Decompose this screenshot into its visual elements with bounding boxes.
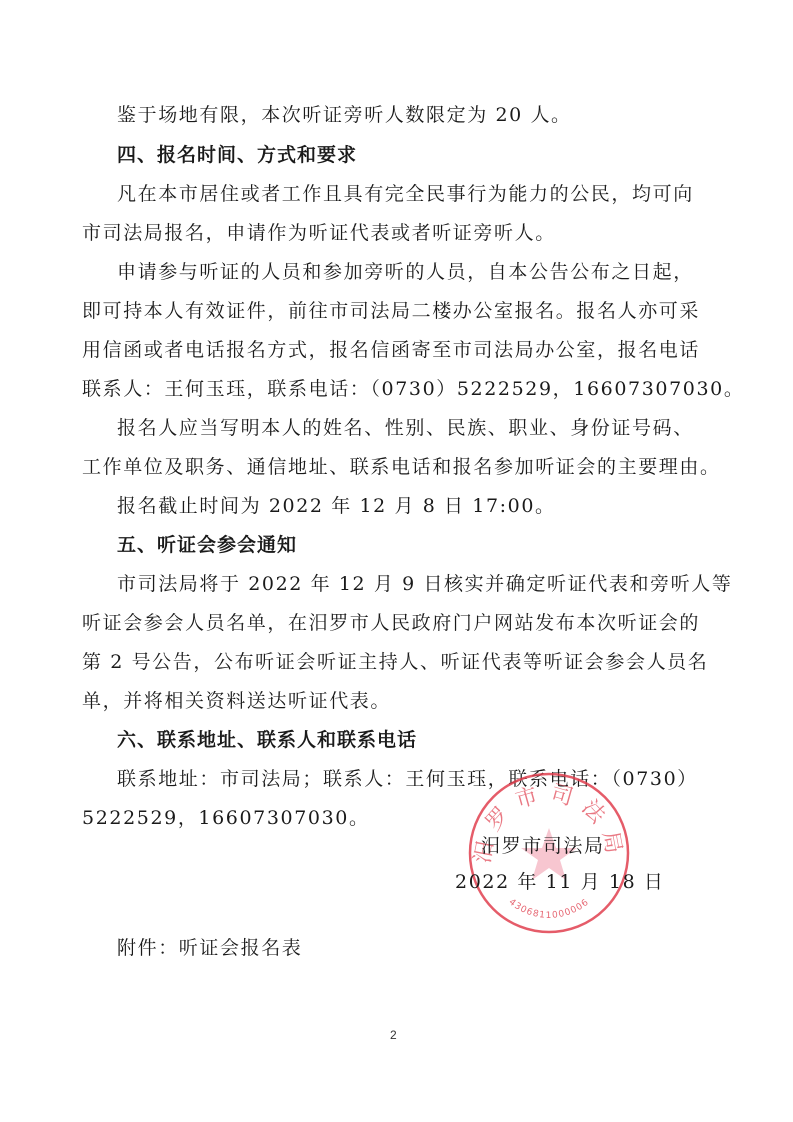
signature-organization: 汨罗市司法局 bbox=[481, 832, 605, 860]
paragraph-line: 第 2 号公告，公布听证会听证主持人、听证代表等听证会参会人员名 bbox=[82, 648, 708, 676]
svg-text:4306811000006: 4306811000006 bbox=[507, 897, 592, 920]
attachment-line: 附件：听证会报名表 bbox=[117, 934, 302, 962]
paragraph-line: 报名截止时间为 2022 年 12 月 8 日 17:00。 bbox=[117, 492, 556, 520]
paragraph-line: 凡在本市居住或者工作且具有完全民事行为能力的公民，均可向 bbox=[117, 180, 694, 208]
page-number: 2 bbox=[390, 1028, 397, 1042]
paragraph-line: 单，并将相关资料送达听证代表。 bbox=[82, 687, 391, 715]
section-heading-registration: 四、报名时间、方式和要求 bbox=[117, 141, 357, 169]
section-heading-notice: 五、听证会参会通知 bbox=[117, 531, 297, 559]
paragraph-line: 即可持本人有效证件，前往市司法局二楼办公室报名。报名人亦可采 bbox=[82, 297, 700, 325]
paragraph-line: 市司法局将于 2022 年 12 月 9 日核实并确定听证代表和旁听人等 bbox=[117, 570, 732, 598]
paragraph-line: 市司法局报名，申请作为听证代表或者听证旁听人。 bbox=[82, 219, 556, 247]
document-page: 鉴于场地有限，本次听证旁听人数限定为 20 人。 四、报名时间、方式和要求 凡在… bbox=[0, 0, 793, 1122]
paragraph-line: 5222529，16607307030。 bbox=[82, 804, 370, 832]
paragraph-line: 报名人应当写明本人的姓名、性别、民族、职业、身份证号码、 bbox=[117, 414, 694, 442]
signature-date: 2022 年 11 月 18 日 bbox=[455, 868, 665, 896]
paragraph-line: 鉴于场地有限，本次听证旁听人数限定为 20 人。 bbox=[117, 101, 572, 129]
paragraph-line: 联系人：王何玉珏，联系电话：（0730）5222529，16607307030。 bbox=[82, 375, 744, 403]
paragraph-line: 工作单位及职务、通信地址、联系电话和报名参加听证会的主要理由。 bbox=[82, 453, 721, 481]
paragraph-line: 听证会参会人员名单，在汨罗市人民政府门户网站发布本次听证会的 bbox=[82, 609, 700, 637]
paragraph-line: 申请参与听证的人员和参加旁听的人员，自本公告公布之日起， bbox=[117, 258, 694, 286]
paragraph-line: 用信函或者电话报名方式，报名信函寄至市司法局办公室，报名电话 bbox=[82, 336, 700, 364]
section-heading-contact: 六、联系地址、联系人和联系电话 bbox=[117, 726, 417, 754]
